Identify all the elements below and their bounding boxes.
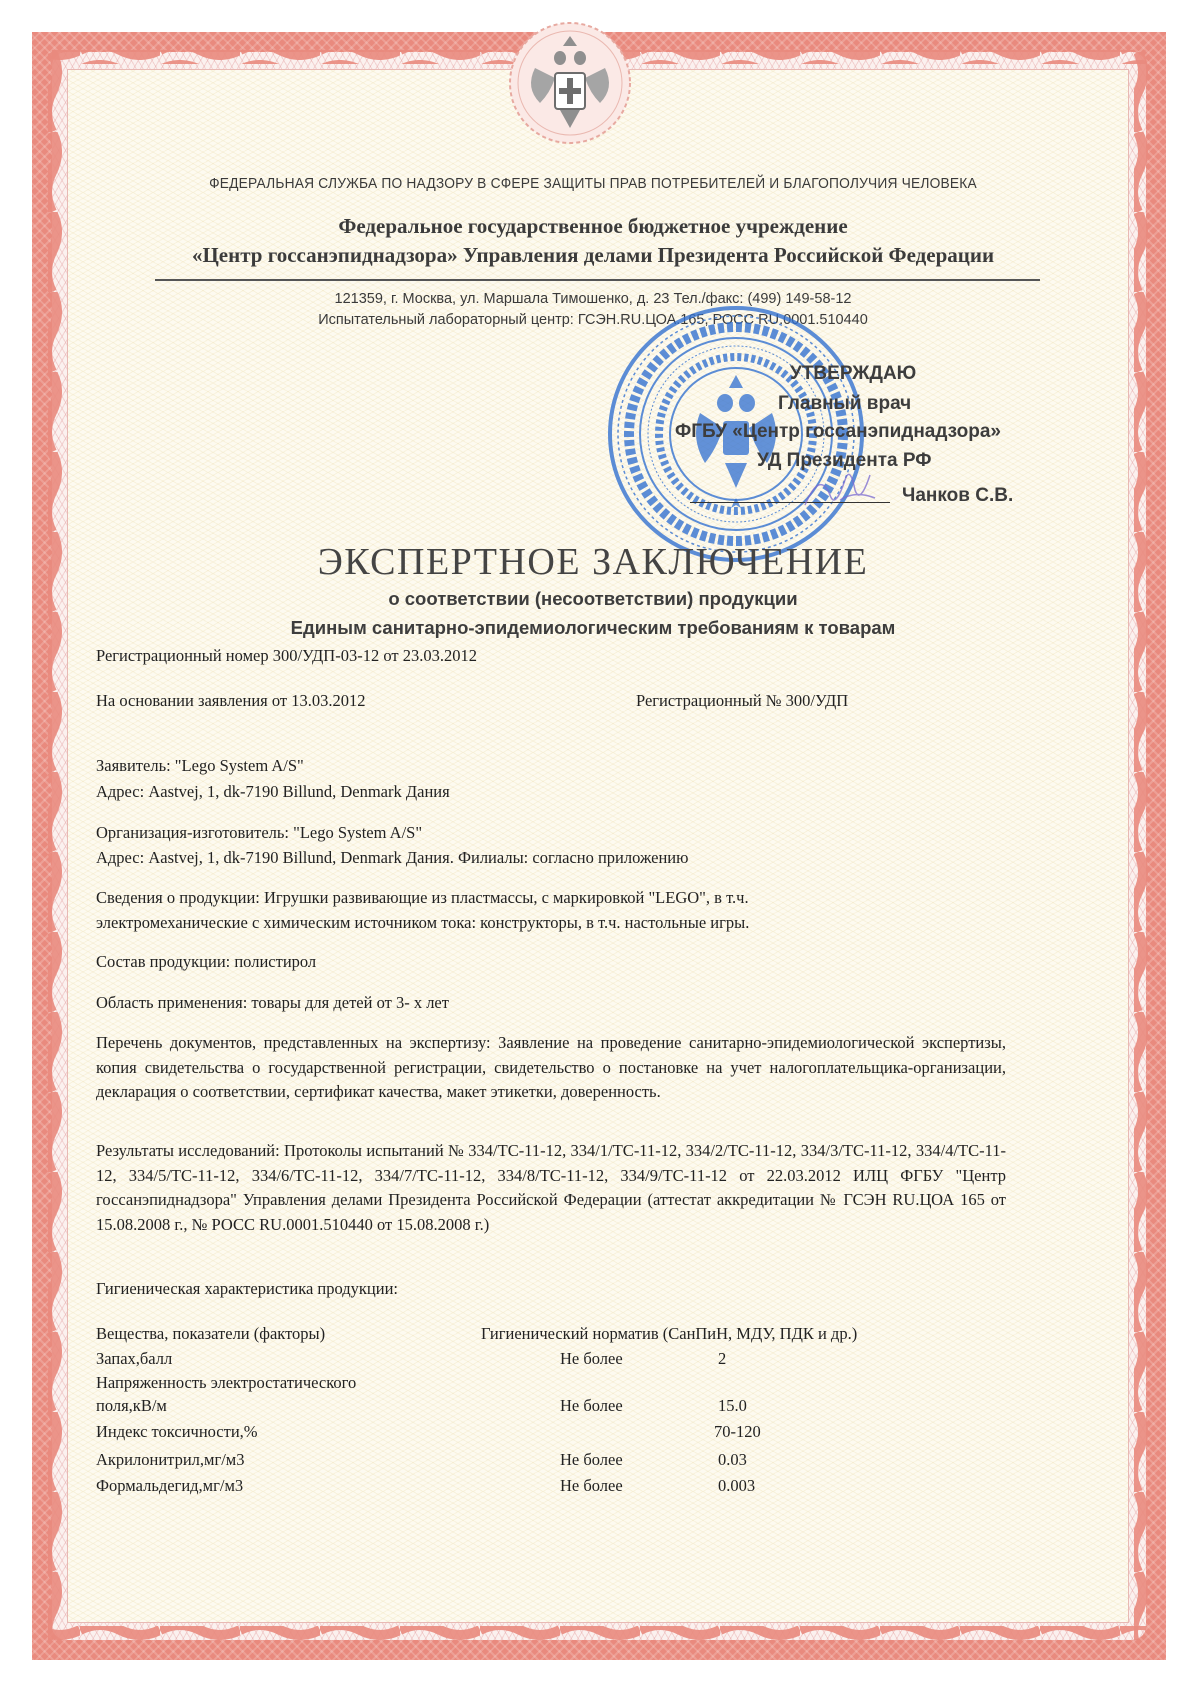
row-value: 0.003 [718, 1476, 755, 1496]
row-qualifier: Не более [560, 1349, 623, 1369]
applicant: Заявитель: "Lego System A/S" [96, 756, 304, 776]
document-title: ЭКСПЕРТНОЕ ЗАКЛЮЧЕНИЕ [0, 540, 1186, 584]
approver-position: Главный врач [778, 393, 911, 415]
row-name: Акрилонитрил,мг/м3 [96, 1450, 245, 1470]
row-name: Запах,балл [96, 1349, 172, 1369]
row-qualifier: Не более [560, 1396, 623, 1416]
submitted-documents: Перечень документов, представленных на э… [96, 1031, 1006, 1105]
hygiene-heading: Гигиеническая характеристика продукции: [96, 1279, 398, 1299]
approver-organization: ФГБУ «Центр госсанэпиднадзора» [675, 421, 1001, 443]
row-value: 0.03 [718, 1450, 747, 1470]
applicant-address: Адрес: Aastvej, 1, dk-7190 Billund, Denm… [96, 782, 450, 802]
eagle-emblem-icon [505, 18, 635, 148]
registration-short-number: Регистрационный № 300/УДП [636, 691, 848, 711]
approval-heading: УТВЕРЖДАЮ [790, 363, 916, 385]
row-name: Формальдегид,мг/м3 [96, 1476, 243, 1496]
row-value: 2 [718, 1349, 726, 1369]
product-info-line1: Сведения о продукции: Игрушки развивающи… [96, 888, 749, 908]
application-basis: На основании заявления от 13.03.2012 [96, 691, 366, 711]
signatory-name: Чанков С.В. [902, 485, 1013, 507]
registration-number: Регистрационный номер 300/УДП-03-12 от 2… [96, 646, 477, 666]
row-value: 70-120 [714, 1422, 761, 1442]
handwritten-signature-icon [800, 460, 880, 515]
product-scope: Область применения: товары для детей от … [96, 993, 449, 1013]
institution-address: 121359, г. Москва, ул. Маршала Тимошенко… [0, 291, 1186, 307]
institution-name-line1: Федеральное государственное бюджетное уч… [0, 214, 1186, 239]
product-info-line2: электромеханические с химическим источни… [96, 913, 749, 933]
row-qualifier: Не более [560, 1450, 623, 1470]
column-header-substance: Вещества, показатели (факторы) [96, 1324, 325, 1344]
institution-name-line2: «Центр госсанэпиднадзора» Управления дел… [0, 243, 1186, 268]
document-subtitle-2: Единым санитарно-эпидемиологическим треб… [0, 617, 1186, 639]
document-subtitle-1: о соответствии (несоответствии) продукци… [0, 588, 1186, 610]
row-value: 15.0 [718, 1396, 747, 1416]
manufacturer: Организация-изготовитель: "Lego System A… [96, 823, 422, 843]
manufacturer-address: Адрес: Aastvej, 1, dk-7190 Billund, Denm… [96, 848, 688, 868]
product-composition: Состав продукции: полистирол [96, 952, 316, 972]
header-divider [155, 279, 1040, 281]
test-results: Результаты исследований: Протоколы испыт… [96, 1139, 1006, 1237]
column-header-norm: Гигиенический норматив (СанПиН, МДУ, ПДК… [481, 1324, 857, 1344]
lab-accreditation: Испытательный лабораторный центр: ГСЭН.R… [0, 312, 1186, 328]
row-qualifier: Не более [560, 1476, 623, 1496]
row-name-continued: поля,кВ/м [96, 1396, 167, 1416]
row-name: Индекс токсичности,% [96, 1422, 258, 1442]
agency-name: ФЕДЕРАЛЬНАЯ СЛУЖБА ПО НАДЗОРУ В СФЕРЕ ЗА… [30, 176, 1157, 192]
row-name: Напряженность электростатического [96, 1373, 356, 1393]
